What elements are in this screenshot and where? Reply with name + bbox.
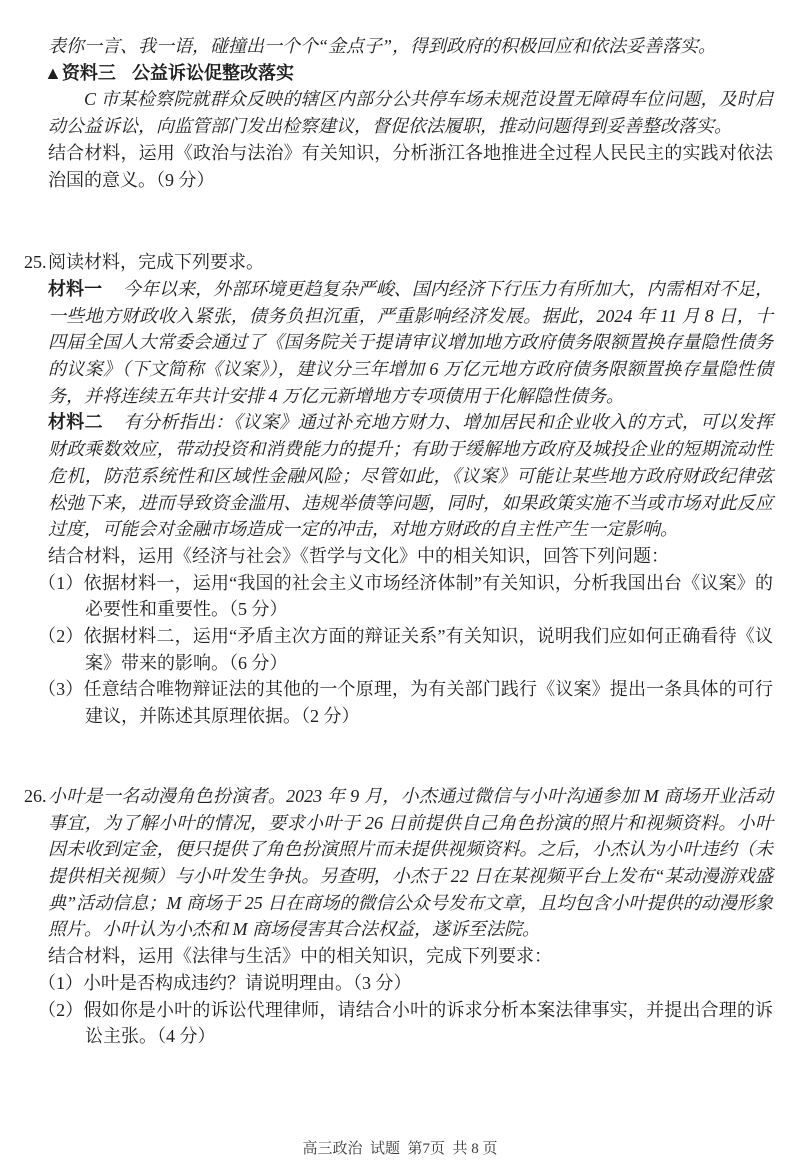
material2-body: 有分析指出：《议案》通过补充地方财力、增加居民和企业收入的方式，可以发挥财政乘数… bbox=[48, 412, 773, 539]
question-26-number: 26. bbox=[24, 783, 47, 810]
material1-body: 今年以来，外部环境更趋复杂严峻、国内经济下行压力有所加大，内需相对不足，一些地方… bbox=[48, 279, 773, 406]
question-25-material2: 材料二有分析指出：《议案》通过补充地方财力、增加居民和企业收入的方式，可以发挥财… bbox=[48, 409, 773, 543]
question-26-body: 小叶是一名动漫角色扮演者。2023 年 9 月，小杰通过微信与小叶沟通参加 M … bbox=[48, 783, 773, 943]
intro-question: 结合材料，运用《政治与法治》有关知识，分析浙江各地推进全过程人民民主的实践对依法… bbox=[48, 140, 773, 193]
page-footer: 高三政治 试题 第7页 共 8 页 bbox=[0, 1136, 800, 1163]
question-25: 25. 阅读材料，完成下列要求。 材料一今年以来，外部环境更趋复杂严峻、国内经济… bbox=[48, 249, 773, 730]
material2-label: 材料二 bbox=[48, 412, 103, 432]
sub-question-text: 任意结合唯物辩证法的其他的一个原理，为有关部门践行《议案》提出一条具体的可行建议… bbox=[83, 679, 773, 726]
sub-question-number: （3） bbox=[38, 679, 83, 699]
sub-question-number: （2） bbox=[38, 1000, 83, 1020]
sub-question-number: （2） bbox=[38, 626, 84, 646]
sub-question-number: （1） bbox=[38, 573, 84, 593]
question-25-leadin: 结合材料，运用《经济与社会》《哲学与文化》中的相关知识，回答下列问题： bbox=[48, 543, 773, 570]
question-25-sub-3: （3）任意结合唯物辩证法的其他的一个原理，为有关部门践行《议案》提出一条具体的可… bbox=[38, 676, 773, 729]
question-25-sub-1: （1）依据材料一，运用“我国的社会主义市场经济体制”有关知识，分析我国出台《议案… bbox=[38, 570, 773, 623]
sub-question-text: 依据材料二，运用“矛盾主次方面的辩证关系”有关知识，说明我们应如何正确看待《议案… bbox=[84, 626, 773, 673]
exam-page: 表你一言、我一语，碰撞出一个个“金点子”，得到政府的积极回应和依法妥善落实。 ▲… bbox=[0, 0, 800, 1167]
question-26-sub-1: （1）小叶是否构成违约？请说明理由。（3 分） bbox=[38, 970, 773, 997]
question-25-sub-2: （2）依据材料二，运用“矛盾主次方面的辩证关系”有关知识，说明我们应如何正确看待… bbox=[38, 623, 773, 676]
sub-question-text: 假如你是小叶的诉讼代理律师，请结合小叶的诉求分析本案法律事实，并提出合理的诉讼主… bbox=[83, 1000, 773, 1047]
material1-label: 材料一 bbox=[48, 279, 102, 299]
question-25-stem: 阅读材料，完成下列要求。 bbox=[48, 249, 773, 276]
page-content: 表你一言、我一语，碰撞出一个个“金点子”，得到政府的积极回应和依法妥善落实。 ▲… bbox=[48, 33, 773, 1050]
material3-body: C 市某检察院就群众反映的辖区内部分公共停车场未规范设置无障碍车位问题，及时启动… bbox=[48, 86, 773, 139]
sub-question-text: 小叶是否构成违约？请说明理由。（3 分） bbox=[83, 973, 412, 993]
question-26-sub-2: （2）假如你是小叶的诉讼代理律师，请结合小叶的诉求分析本案法律事实，并提出合理的… bbox=[38, 997, 773, 1050]
question-26-leadin: 结合材料，运用《法律与生活》中的相关知识，完成下列要求： bbox=[48, 943, 773, 970]
sub-question-text: 依据材料一，运用“我国的社会主义市场经济体制”有关知识，分析我国出台《议案》的必… bbox=[84, 573, 773, 620]
carryover-paragraph: 表你一言、我一语，碰撞出一个个“金点子”，得到政府的积极回应和依法妥善落实。 bbox=[48, 33, 773, 60]
triangle-bullet-icon: ▲ bbox=[44, 63, 62, 83]
question-25-material1: 材料一今年以来，外部环境更趋复杂严峻、国内经济下行压力有所加大，内需相对不足，一… bbox=[48, 276, 773, 410]
material3-label: 资料三 bbox=[62, 63, 116, 83]
material3-title: 公益诉讼促整改落实 bbox=[132, 63, 294, 83]
material3-heading: ▲资料三公益诉讼促整改落实 bbox=[44, 60, 773, 87]
question-26: 26. 小叶是一名动漫角色扮演者。2023 年 9 月，小杰通过微信与小叶沟通参… bbox=[48, 783, 773, 1050]
question-25-number: 25. bbox=[24, 249, 47, 276]
sub-question-number: （1） bbox=[38, 973, 83, 993]
